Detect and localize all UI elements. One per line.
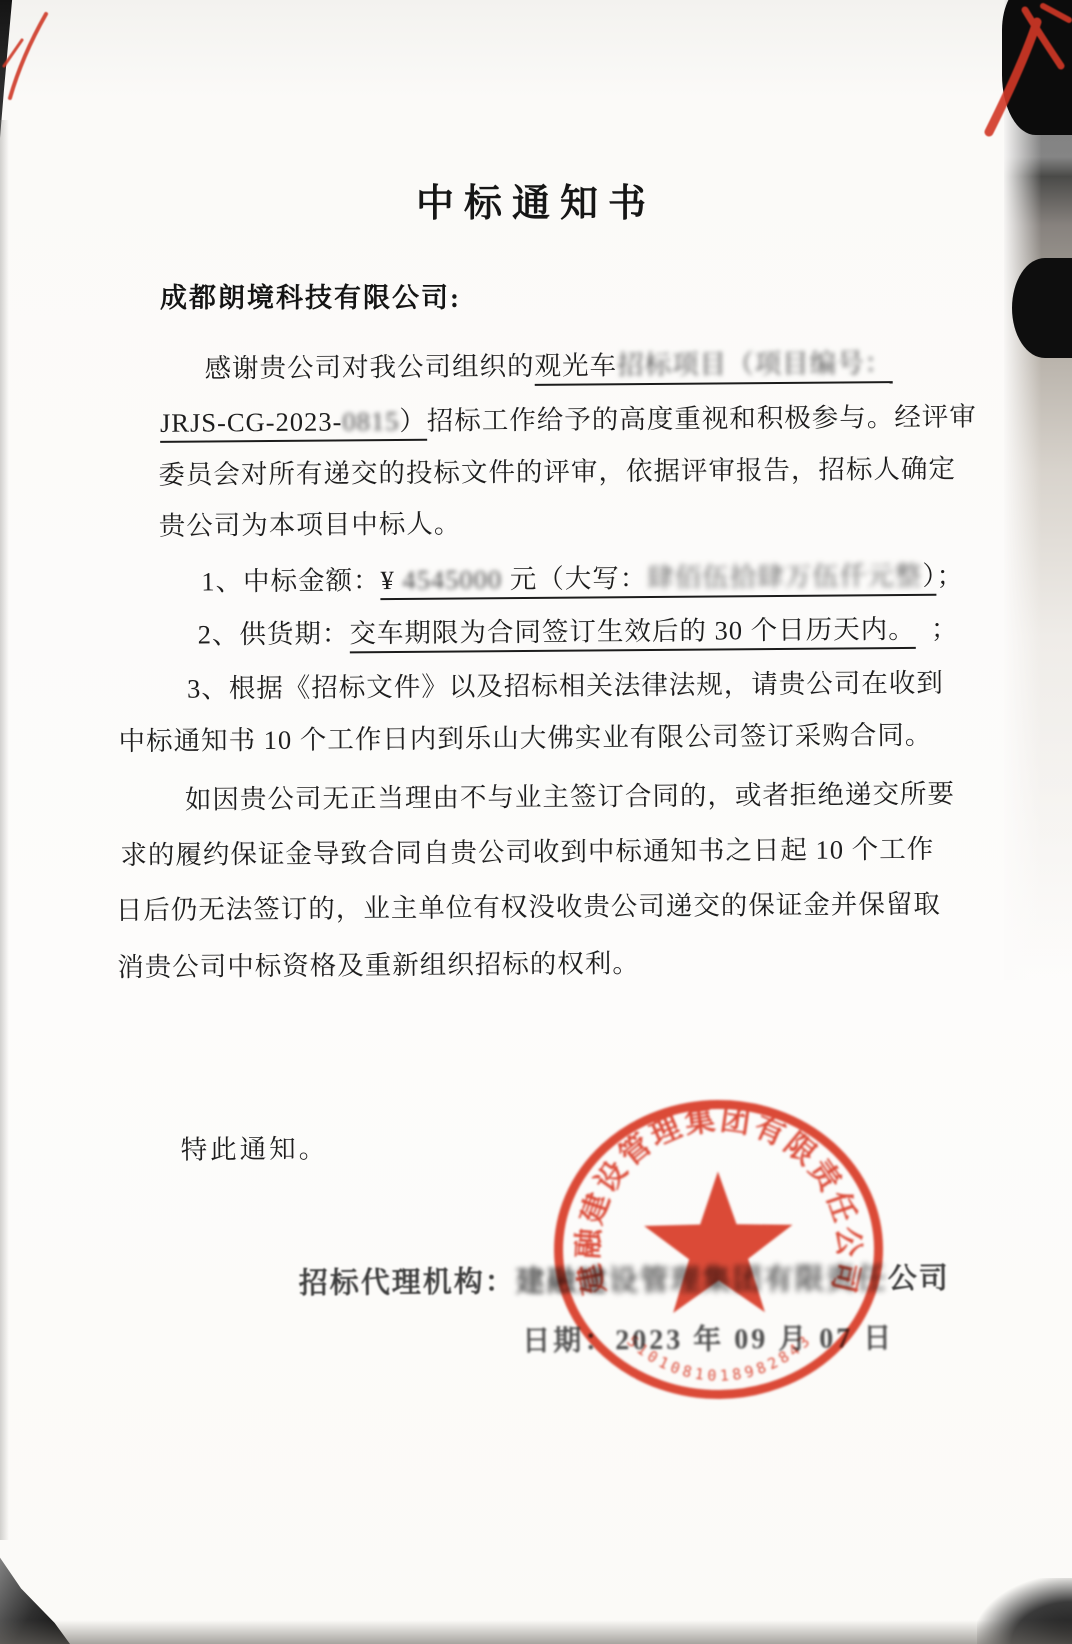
item1-label: 1、中标金额： bbox=[201, 565, 380, 596]
delivery-period-underline: 交车期限为合同签订生效后的 30 个日历天内。 bbox=[349, 614, 916, 653]
scanned-document-page: 中标通知书 成都朗境科技有限公司: 感谢贵公司对我公司组织的观光车招标项目（项目… bbox=[0, 0, 1072, 1644]
item3-line1: 3、根据《招标文件》以及招标相关法律法规，请贵公司在收到 bbox=[187, 666, 944, 706]
project-number-redacted: 0815 bbox=[342, 406, 399, 436]
paragraph1-line4: 贵公司为本项目中标人。 bbox=[159, 506, 462, 542]
project-number-paren: ） bbox=[399, 406, 427, 436]
project-name-redacted: 招标项目（项目编号： bbox=[617, 348, 892, 380]
project-number-code: JRJS-CG-2023- bbox=[160, 406, 343, 437]
p1-lead-text: 感谢贵公司对我公司组织的 bbox=[204, 351, 534, 384]
project-name-underline: 观光车招标项目（项目编号： bbox=[534, 348, 892, 386]
bid-amount-mid: 元（大写： bbox=[510, 563, 648, 594]
official-stamp: 建融建设管理集团有限责任公司 5101081018982843 bbox=[545, 1096, 892, 1409]
project-number-underline: JRJS-CG-2023-0815） bbox=[160, 406, 427, 443]
paragraph1-line3: 委员会对所有递交的投标文件的评审，依据评审报告，招标人确定 bbox=[158, 452, 956, 492]
bid-amount-digits-redacted: 4545000 bbox=[402, 564, 502, 595]
item1-bid-amount: 1、中标金额：¥ 4545000 元（大写：肆佰伍拾肆万伍仟元整）； bbox=[201, 559, 964, 599]
project-name-visible: 观光车 bbox=[534, 350, 617, 381]
closing-line: 特此通知。 bbox=[181, 1132, 329, 1167]
paragraph3-line4: 消贵公司中标资格及重新组织招标的权利。 bbox=[117, 946, 640, 984]
item2-delivery-period: 2、供货期：交车期限为合同签订生效后的 30 个日历天内。 ； bbox=[198, 612, 959, 652]
item1-semicolon: ； bbox=[936, 561, 964, 591]
item3-line2: 中标通知书 10 个工作日内到乐山大佛实业有限公司签订采购合同。 bbox=[118, 718, 932, 758]
item2-semicolon: ； bbox=[931, 614, 959, 644]
agency-label: 招标代理机构： bbox=[299, 1266, 516, 1300]
paragraph1-line1: 感谢贵公司对我公司组织的观光车招标项目（项目编号： bbox=[204, 346, 892, 385]
bid-amount-close-paren: ） bbox=[922, 561, 936, 591]
document-body: 感谢贵公司对我公司组织的观光车招标项目（项目编号： JRJS-CG-2023-0… bbox=[0, 0, 1072, 1644]
p1-line2-text: 招标工作给予的高度重视和积极参与。经评审 bbox=[427, 401, 977, 435]
bid-amount-words-redacted: 肆佰伍拾肆万伍仟元整 bbox=[647, 561, 922, 593]
agency-name-end: 公司 bbox=[888, 1263, 950, 1295]
red-pen-mark-top-right bbox=[977, 0, 1072, 145]
stamp-star-icon bbox=[644, 1171, 794, 1313]
paragraph1-line2: JRJS-CG-2023-0815）招标工作给予的高度重视和积极参与。经评审 bbox=[160, 399, 977, 439]
currency-symbol: ¥ bbox=[380, 565, 394, 595]
paragraph3-line2: 求的履约保证金导致合同自贵公司收到中标通知书之日起 10 个工作 bbox=[120, 832, 934, 872]
paragraph3-line3: 日后仍无法签订的，业主单位有权没收贵公司递交的保证金并保留取 bbox=[116, 887, 941, 927]
bid-amount-underline: ¥ 4545000 元（大写：肆佰伍拾肆万伍仟元整） bbox=[380, 561, 936, 600]
item2-label: 2、供货期： bbox=[198, 618, 350, 649]
paragraph3-line1: 如因贵公司无正当理由不与业主签订合同的，或者拒绝递交所要 bbox=[185, 777, 955, 817]
